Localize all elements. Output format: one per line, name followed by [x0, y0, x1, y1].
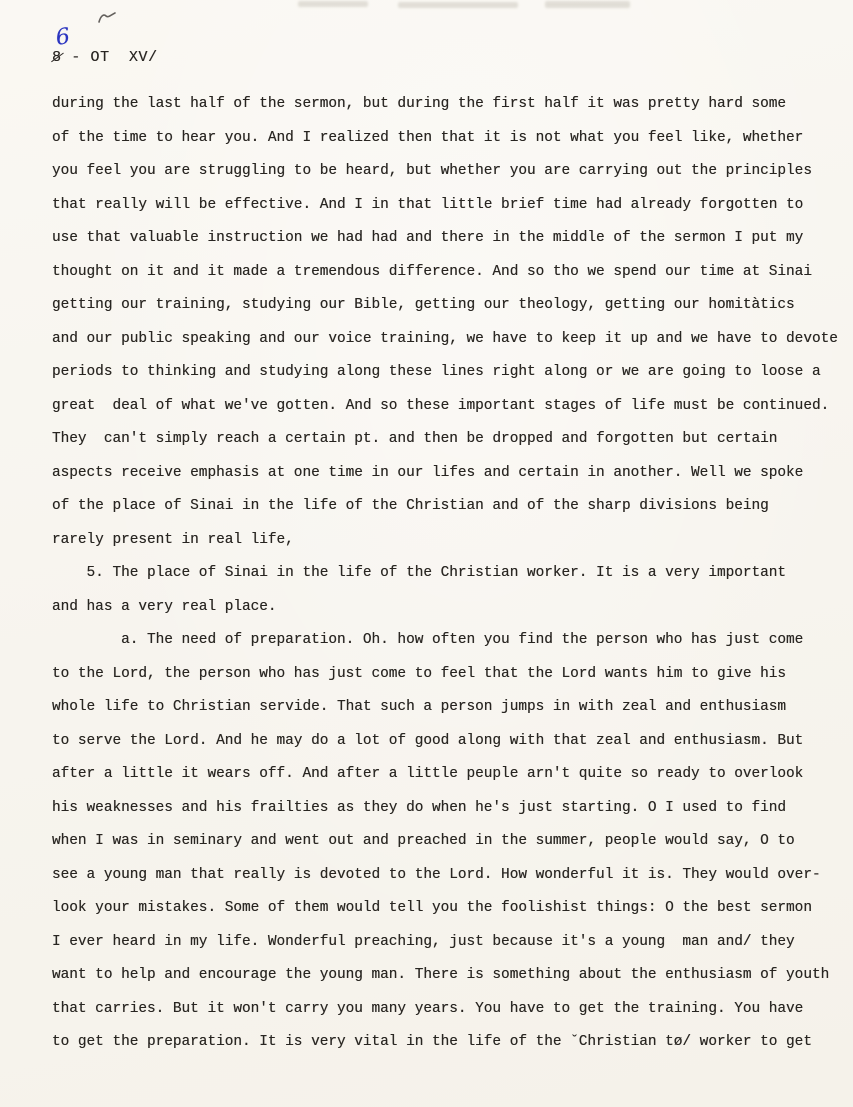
- handwritten-page-number: 6: [55, 26, 72, 50]
- typescript-line: you feel you are struggling to be heard,…: [52, 155, 843, 189]
- typescript-line: getting our training, studying our Bible…: [52, 289, 843, 323]
- typescript-line: a. The need of preparation. Oh. how ofte…: [52, 624, 843, 658]
- paragraph: 5. The place of Sinai in the life of the…: [52, 557, 843, 624]
- typescript-line: of the place of Sinai in the life of the…: [52, 490, 843, 524]
- typescript-line: his weaknesses and his frailties as they…: [52, 792, 843, 826]
- struck-page-number: 8: [52, 49, 62, 67]
- typescript-line: during the last half of the sermon, but …: [52, 88, 843, 122]
- paragraph: during the last half of the sermon, but …: [52, 88, 843, 557]
- typescript-line: that really will be effective. And I in …: [52, 189, 843, 223]
- typescript-line: They can't simply reach a certain pt. an…: [52, 423, 843, 457]
- typescript-line: I ever heard in my life. Wonderful preac…: [52, 926, 843, 960]
- document-page: 6 8 - OT XV/ during the last half of the…: [0, 0, 853, 1107]
- header-title: - OT XV/: [62, 49, 158, 66]
- typescript-line: great deal of what we've gotten. And so …: [52, 390, 843, 424]
- typescript-line: of the time to hear you. And I realized …: [52, 122, 843, 156]
- typescript-line: use that valuable instruction we had had…: [52, 222, 843, 256]
- typescript-line: that carries. But it won't carry you man…: [52, 993, 843, 1027]
- page-header: 8 - OT XV/: [52, 49, 158, 67]
- typescript-line: to get the preparation. It is very vital…: [52, 1026, 843, 1060]
- typescript-line: after a little it wears off. And after a…: [52, 758, 843, 792]
- typescript-line: to serve the Lord. And he may do a lot o…: [52, 725, 843, 759]
- typescript-line: 5. The place of Sinai in the life of the…: [52, 557, 843, 591]
- typescript-line: see a young man that really is devoted t…: [52, 859, 843, 893]
- typescript-line: look your mistakes. Some of them would t…: [52, 892, 843, 926]
- typescript-line: when I was in seminary and went out and …: [52, 825, 843, 859]
- typescript-line: to the Lord, the person who has just com…: [52, 658, 843, 692]
- typescript-line: and our public speaking and our voice tr…: [52, 323, 843, 357]
- typescript-line: and has a very real place.: [52, 591, 843, 625]
- pen-mark: [96, 10, 118, 25]
- paragraph: a. The need of preparation. Oh. how ofte…: [52, 624, 843, 1060]
- typescript-line: periods to thinking and studying along t…: [52, 356, 843, 390]
- scan-artifact: [298, 1, 368, 7]
- scan-artifact: [545, 1, 630, 8]
- typescript-line: rarely present in real life,: [52, 524, 843, 558]
- scan-artifact: [398, 2, 518, 8]
- typescript: during the last half of the sermon, but …: [52, 88, 843, 1060]
- typescript-line: aspects receive emphasis at one time in …: [52, 457, 843, 491]
- typescript-line: want to help and encourage the young man…: [52, 959, 843, 993]
- typescript-line: thought on it and it made a tremendous d…: [52, 256, 843, 290]
- typescript-line: whole life to Christian servide. That su…: [52, 691, 843, 725]
